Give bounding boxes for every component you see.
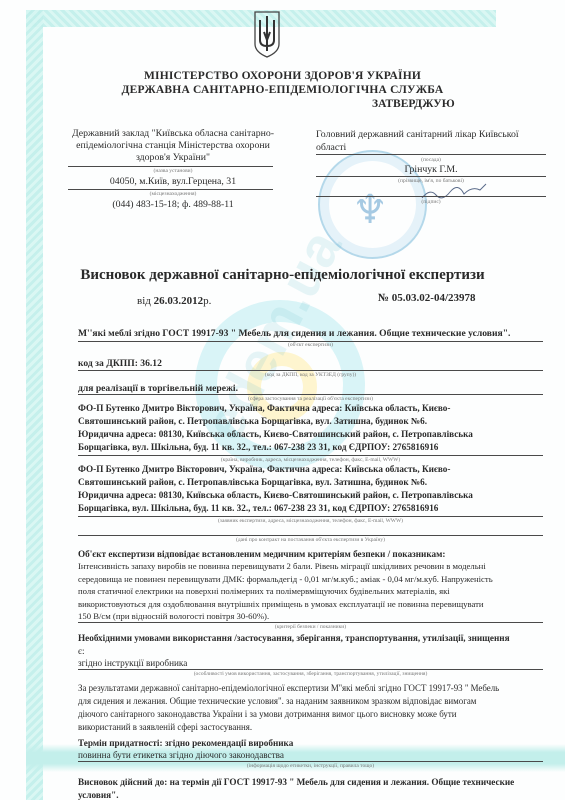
caption: (місцезнаходження) [68,191,278,197]
caption: (підпис) [316,199,546,205]
guilloche-border-left [26,10,43,800]
applicant-block: ФО-П Бутенко Дмитро Вікторович, Україна,… [78,463,548,515]
caption: (заявник експертизи, адреса, місцезнаход… [78,518,543,524]
conditions-heading-line: Необхідними умовами використання /застос… [78,632,548,645]
institution-line: здоров'я України" [68,152,278,164]
date-value: 26.03.2012 [154,295,204,307]
institution-address: 04050, м.Київ, вул.Герцена, 31 [68,176,278,187]
date-prefix: від [137,295,151,307]
caption: (посада) [316,157,546,163]
application-sphere: для реалізації в торгівельній мережі. [78,383,238,394]
dkpp-code: код за ДКПП: 36.12 [78,358,162,369]
criteria-line: використовуються для оздоблювання внутрі… [78,598,548,611]
criteria-line: Інтенсивність запаху виробів не повинна … [78,560,548,573]
caption: (особливості умов використання, застосув… [78,671,543,677]
ministry-title: МІНІСТЕРСТВО ОХОРОНИ ЗДОРОВ'Я УКРАЇНИ [0,70,565,82]
validity-value-cont: условия". [78,789,548,800]
manufacturer-line: Борщагівка, вул. Шкільна, буд. 11 кв. 32… [78,441,548,454]
applicant-line: ФО-П Бутенко Дмитро Вікторович, Україна,… [78,463,548,476]
position-line: області [316,141,546,154]
date-suffix: р. [203,295,211,307]
applicant-line: Святошинський район, с. Петропавлівська … [78,476,548,489]
shelf-life-label: Термін придатності: [78,738,163,748]
institution-line: Державний заклад "Київська обласна саніт… [68,128,278,140]
criteria-line: поля статичної електрики на поверхні пол… [78,585,548,598]
shelf-life-value: згідно рекомендації виробника [165,738,293,748]
applicant-line: Борщагівка, вул. Шкільна, буд. 11 кв. 32… [78,502,548,515]
validity: Висновок дійсний до: на термін дії ГОСТ … [78,776,548,800]
manufacturer-line: Юридична адреса: 08130, Київська область… [78,428,548,441]
institution-line: епідеміологічна станція Міністерства охо… [68,140,278,152]
institution-name: Державний заклад "Київська обласна саніт… [68,128,278,164]
caption: (назва установи) [68,168,278,174]
criteria-line: 150 В/см (при відносній вологості повітр… [78,610,548,623]
conclusion-text: За результатами державної санітарно-епід… [78,682,548,734]
manufacturer-block: ФО-П Бутенко Дмитро Вікторович, Україна,… [78,402,548,454]
caption: (код за ДКПП, код за УКТЗЕД (групу)) [78,372,543,378]
approver-position: Головний державний санітарний лікар Київ… [316,128,546,154]
conditions-heading: Необхідними умовами використання /застос… [78,632,548,658]
document-date: від 26.03.2012р. [137,295,211,307]
institution-phone: (044) 483-15-18; ф. 489-88-11 [68,199,278,210]
caption: (критерії безпеки / показники) [78,624,543,630]
manufacturer-line: Святошинський район, с. Петропавлівська … [78,415,548,428]
document-number: № 05.03.02-04/23978 [378,292,476,304]
validity-label: Висновок дійсний до: [78,777,167,787]
service-title: ДЕРЖАВНА САНІТАРНО-ЕПІДЕМІОЛОГІЧНА СЛУЖБ… [0,84,565,96]
approve-heading: ЗАТВЕРДЖУЮ [372,98,455,110]
caption: (дані про контракт на постачання об'єкта… [78,537,543,543]
manufacturer-line: ФО-П Бутенко Дмитро Вікторович, Україна,… [78,402,548,415]
criteria-line: середовища не повинен перевищувати ДМК: … [78,573,548,586]
trident-coat-of-arms-icon [253,10,281,58]
caption: (об'єкт експертизи) [78,342,543,348]
conclusion-line: для сидения и лежания. Общие технические… [78,695,548,708]
document-title: Висновок державної санітарно-епідеміолог… [0,267,565,284]
expertise-object: М''які меблі згідно ГОСТ 19917-93 " Мебе… [78,328,510,339]
approver-name: Грінчук Г.М. [316,164,546,175]
conclusion-line: діючого санітарного законодавства Україн… [78,708,548,721]
position-line: Головний державний санітарний лікар Київ… [316,128,546,141]
applicant-line: Юридична адреса: 08130, Київська область… [78,489,548,502]
conclusion-line: За результатами державної санітарно-епід… [78,682,548,695]
conclusion-line: використаний в заявленій сфері застосува… [78,721,548,734]
stamp-trident-icon: ♆ [350,185,390,235]
criteria-text: Інтенсивність запаху виробів не повинна … [78,560,548,623]
caption: (інформація щодо етикетки, інструкції, п… [78,763,543,769]
validity-value: на термін дії ГОСТ 19917-93 " Мебель для… [170,777,515,787]
